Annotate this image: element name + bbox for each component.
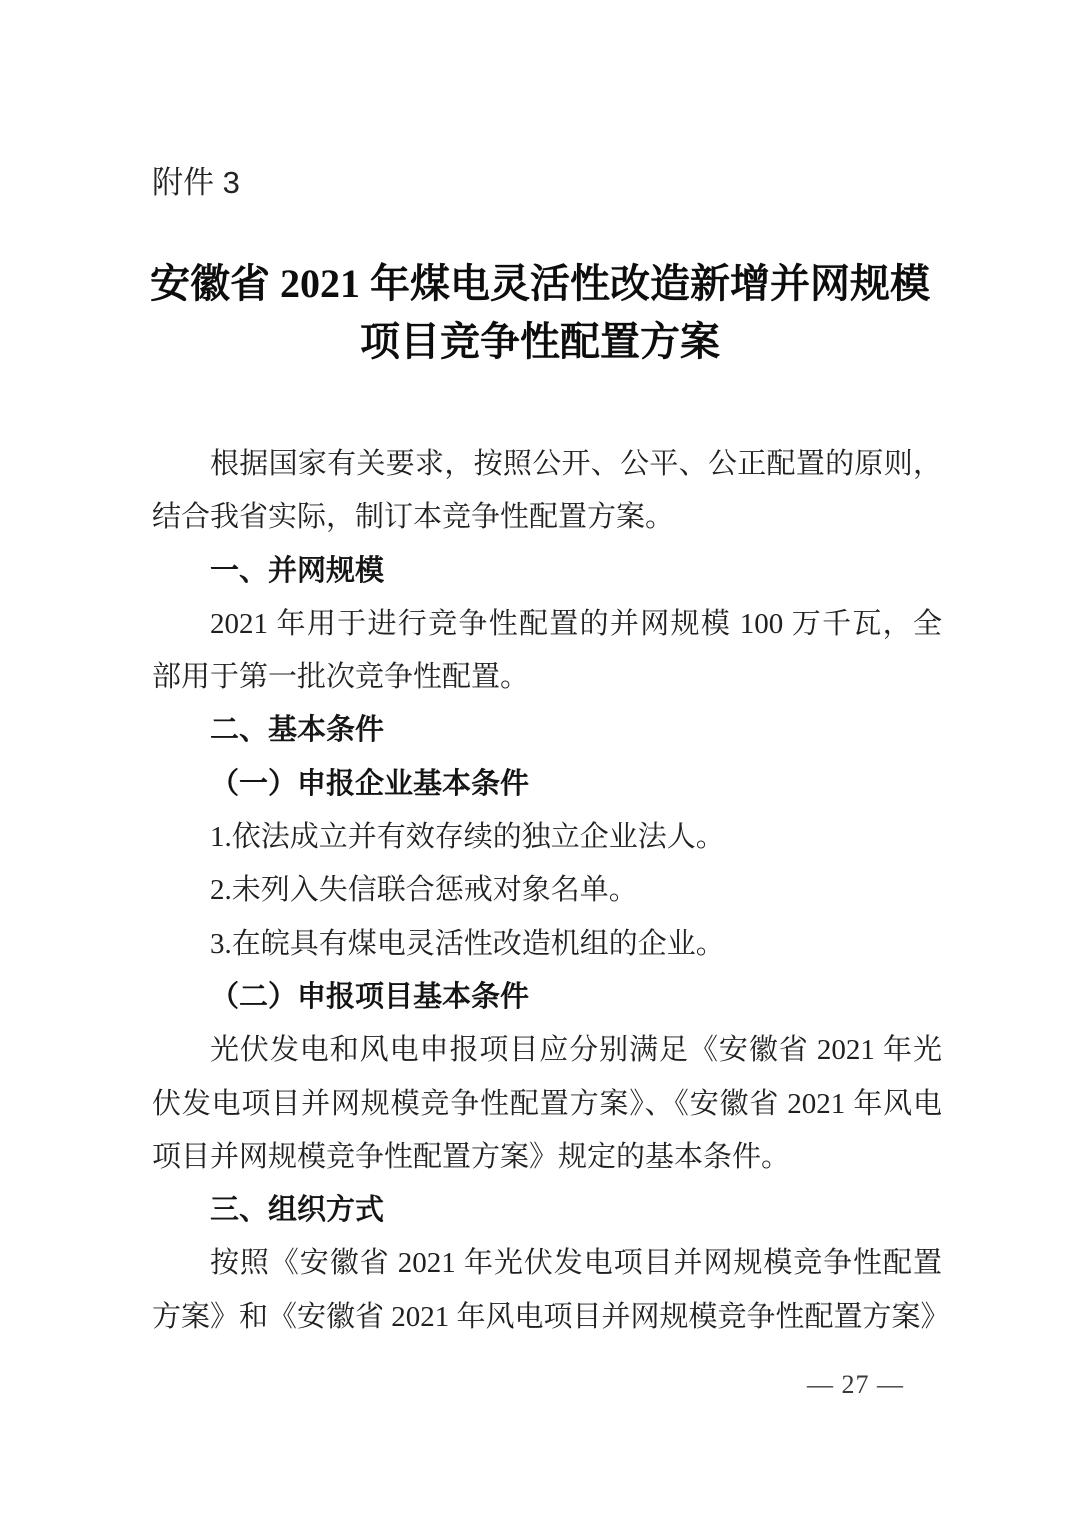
intro-paragraph: 根据国家有关要求，按照公开、公平、公正配置的原则，结合我省实际，制订本竞争性配置… bbox=[152, 438, 942, 545]
section-2-1-heading: （一）申报企业基本条件 bbox=[152, 758, 942, 811]
section-3-heading: 三、组织方式 bbox=[152, 1184, 942, 1237]
condition-item-3: 3.在皖具有煤电灵活性改造机组的企业。 bbox=[152, 918, 942, 971]
doc-title: 安徽省 2021 年煤电灵活性改造新增并网规模 项目竞争性配置方案 bbox=[90, 255, 990, 371]
doc-title-line-1: 安徽省 2021 年煤电灵活性改造新增并网规模 bbox=[90, 255, 990, 313]
condition-item-2: 2.未列入失信联合惩戒对象名单。 bbox=[152, 864, 942, 917]
section-2-2-paragraph: 光伏发电和风电申报项目应分别满足《安徽省 2021 年光伏发电项目并网规模竞争性… bbox=[152, 1024, 942, 1184]
attachment-label: 附件 3 bbox=[152, 163, 240, 203]
section-1-heading: 一、并网规模 bbox=[152, 545, 942, 598]
section-2-2-heading: （二）申报项目基本条件 bbox=[152, 971, 942, 1024]
document-body: 根据国家有关要求，按照公开、公平、公正配置的原则，结合我省实际，制订本竞争性配置… bbox=[152, 438, 942, 1344]
document-page: 附件 3 安徽省 2021 年煤电灵活性改造新增并网规模 项目竞争性配置方案 根… bbox=[0, 0, 1080, 1527]
section-1-paragraph: 2021 年用于进行竞争性配置的并网规模 100 万千瓦，全部用于第一批次竞争性… bbox=[152, 598, 942, 705]
doc-title-line-2: 项目竞争性配置方案 bbox=[90, 313, 990, 371]
section-2-heading: 二、基本条件 bbox=[152, 704, 942, 757]
section-3-paragraph: 按照《安徽省 2021 年光伏发电项目并网规模竞争性配置方案》和《安徽省 202… bbox=[152, 1237, 942, 1344]
condition-item-1: 1.依法成立并有效存续的独立企业法人。 bbox=[152, 811, 942, 864]
page-number: — 27 — bbox=[807, 1368, 904, 1402]
